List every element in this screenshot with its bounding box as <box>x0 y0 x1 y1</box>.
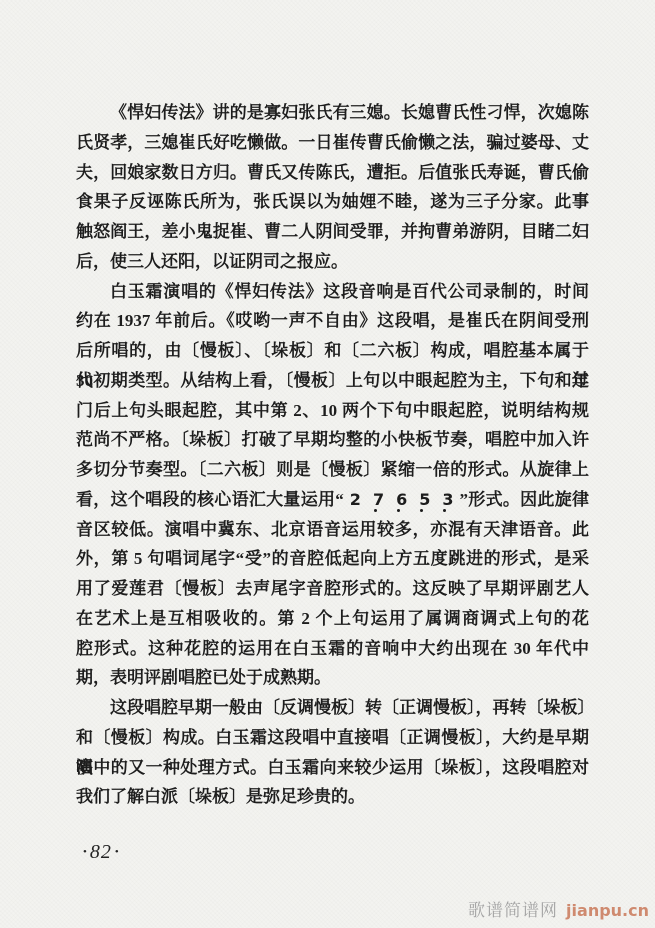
text-line: 约在 1937 年前后。《哎哟一声不自由》这段唱，是崔氏在阴间受刑 <box>76 306 589 336</box>
text-line: 音区较低。演唱中冀东、北京语音运用较多，亦混有天津语音。此 <box>76 515 589 545</box>
page-number-value: 82 <box>90 841 112 863</box>
watermark-site-name: 歌谱简谱网 <box>468 901 558 920</box>
text-line: 用了爱莲君〔慢板〕去声尾字音腔形式的。这反映了早期评剧艺人 <box>76 574 589 604</box>
text-line: 和〔慢板〕构成。白玉霜这段唱中直接唱〔正调慢板〕，大约是早期演 <box>76 723 589 753</box>
text-line: 在艺术上是互相吸收的。第 2 个上句运用了属调商调式上句的花 <box>76 604 589 634</box>
book-page: 《悍妇传法》讲的是寡妇张氏有三媳。长媳曹氏性刁悍，次媳陈氏贤孝，三媳崔氏好吃懒做… <box>0 0 655 928</box>
watermark-site-url: jianpu.cn <box>566 901 649 920</box>
octave-dot-icon <box>443 509 446 512</box>
text-line: 食果子反诬陈氏所为，张氏误以为妯娌不睦，遂为三子分家。此事 <box>76 187 589 217</box>
text-line: 后所唱的，由〔慢板〕、〔垛板〕和〔二六板〕构成，唱腔基本属于 30 年 <box>76 336 589 366</box>
text-line: 《悍妇传法》讲的是寡妇张氏有三媳。长媳曹氏性刁悍，次媳陈 <box>76 98 589 128</box>
text-line: 唱中的又一种处理方式。白玉霜向来较少运用〔垛板〕，这段唱腔对 <box>76 753 589 783</box>
paragraph: 这段唱腔早期一般由〔反调慢板〕转〔正调慢板〕，再转〔垛板〕和〔慢板〕构成。白玉霜… <box>76 693 589 812</box>
text-line: 门后上句头眼起腔，其中第 2、10 两个下句中眼起腔，说明结构规 <box>76 396 589 426</box>
watermark: 歌谱简谱网 jianpu.cn <box>468 896 649 921</box>
text-line: 看，这个唱段的核心语汇大量运用“27653”形式。因此旋律 <box>76 485 589 515</box>
article-text: 《悍妇传法》讲的是寡妇张氏有三媳。长媳曹氏性刁悍，次媳陈氏贤孝，三媳崔氏好吃懒做… <box>76 98 589 812</box>
jianpu-note-digit: 3 <box>436 492 459 508</box>
octave-dot-icon <box>374 509 377 512</box>
text-line: 外，第 5 句唱词尾字“受”的音腔低起向上方五度跳进的形式，是采 <box>76 544 589 574</box>
jianpu-note-digit: 5 <box>413 492 436 508</box>
text-line: 腔形式。这种花腔的运用在白玉霜的音响中大约出现在 30 年代中 <box>76 634 589 664</box>
text-line: 我们了解白派〔垛板〕是弥足珍贵的。 <box>76 782 589 812</box>
octave-dot-icon <box>420 509 423 512</box>
page-number: •82• <box>80 841 122 864</box>
paragraph: 白玉霜演唱的《悍妇传法》这段音响是百代公司录制的，时间约在 1937 年前后。《… <box>76 277 589 694</box>
octave-dot-icon <box>397 509 400 512</box>
jianpu-note-digit: 7 <box>367 492 390 508</box>
text-line: 代初期类型。从结构上看，〔慢板〕上句以中眼起腔为主，下句和过 <box>76 366 589 396</box>
page-number-right-dot: • <box>112 846 122 858</box>
text-line: 这段唱腔早期一般由〔反调慢板〕转〔正调慢板〕，再转〔垛板〕 <box>76 693 589 723</box>
text-line: 白玉霜演唱的《悍妇传法》这段音响是百代公司录制的，时间 <box>76 277 589 307</box>
jianpu-note-digit: 2 <box>344 492 367 508</box>
paragraph: 《悍妇传法》讲的是寡妇张氏有三媳。长媳曹氏性刁悍，次媳陈氏贤孝，三媳崔氏好吃懒做… <box>76 98 589 277</box>
text-line: 后，使三人还阳，以证阴司之报应。 <box>76 247 589 277</box>
text-line: 氏贤孝，三媳崔氏好吃懒做。一日崔传曹氏偷懒之法，骗过婆母、丈 <box>76 128 589 158</box>
text-line: 多切分节奏型。〔二六板〕则是〔慢板〕紧缩一倍的形式。从旋律上 <box>76 455 589 485</box>
text-line: 夫，回娘家数日方归。曹氏又传陈氏，遭拒。后值张氏寿诞，曹氏偷 <box>76 158 589 188</box>
text-line: 触怒阎王，差小鬼捉崔、曹二人阴间受罪，并拘曹弟游阴，目睹二妇 <box>76 217 589 247</box>
text-line: 范尚不严格。〔垛板〕打破了早期均整的小快板节奏，唱腔中加入许 <box>76 425 589 455</box>
text-segment: 看，这个唱段的核心语汇大量运用“ <box>76 490 344 509</box>
jianpu-note-digit: 6 <box>390 492 413 508</box>
text-line: 期，表明评剧唱腔已处于成熟期。 <box>76 663 589 693</box>
page-number-left-dot: • <box>80 846 90 858</box>
text-segment: ”形式。因此旋律 <box>460 490 590 509</box>
